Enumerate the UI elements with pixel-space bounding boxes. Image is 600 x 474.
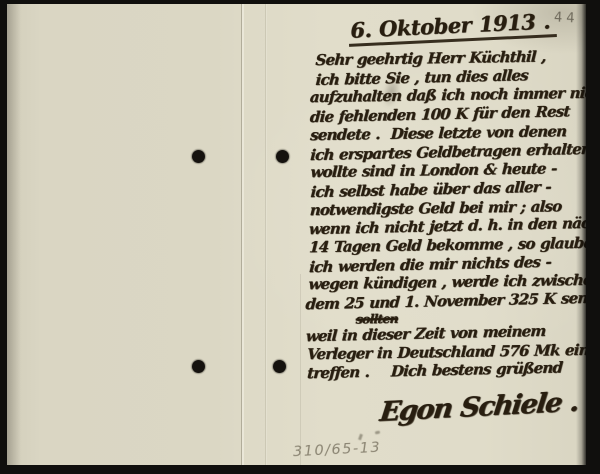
punch-hole [192, 150, 205, 163]
letter-text-block: 6. Oktober 1913 . Sehr geehrtig Herr Küc… [301, 12, 586, 424]
pencil-mark [375, 431, 381, 435]
pencil-archive-number: 310/65-13 [293, 440, 382, 461]
letter-paper: 44 6. Oktober 1913 . Sehr geehrtig Herr … [7, 4, 586, 465]
punch-hole [192, 360, 205, 373]
lower-fold-crease [300, 274, 301, 465]
scanned-letter-screenshot: { "document": { "kind": "handwritten let… [0, 0, 600, 474]
pencil-mark [358, 434, 363, 441]
punch-hole [276, 150, 289, 163]
secondary-fold-crease [265, 4, 267, 465]
letter-body: Sehr geehrtig Herr Küchthil ,ich bitte S… [302, 48, 586, 381]
signature-egon-schiele: Egon Schiele . [378, 387, 580, 428]
letter-date-underlined: 6. Oktober 1913 . [348, 8, 557, 47]
vertical-fold-crease [241, 4, 244, 465]
punch-hole [273, 360, 286, 373]
